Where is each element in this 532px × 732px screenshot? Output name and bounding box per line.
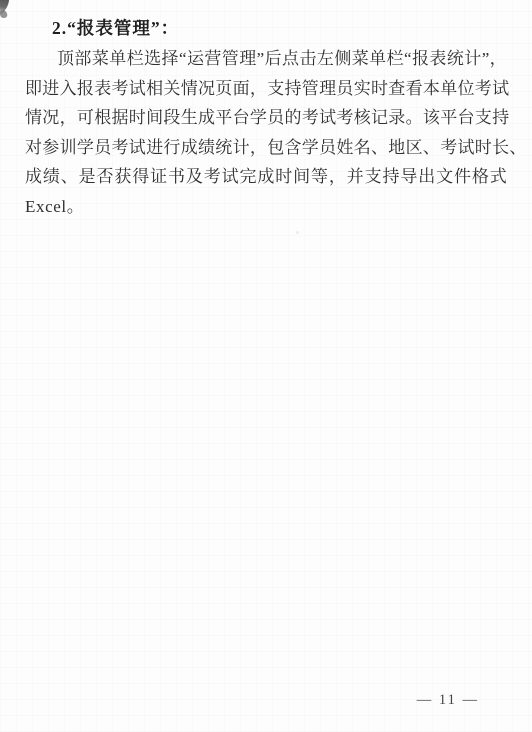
page-number: — 11 — [417, 691, 479, 709]
paragraph-line: Excel。 [25, 192, 507, 222]
section-heading: 2.“报表管理”： [25, 13, 507, 44]
paragraph-line: 即进入报表考试相关情况页面，支持管理员实时查看本单位考试 [25, 74, 507, 104]
scan-smudge-artifact-small [0, 9, 8, 19]
document-page: 2.“报表管理”： 顶部菜单栏选择“运营管理”后点击左侧菜单栏“报表统计”， 即… [0, 0, 532, 732]
paragraph-line: 成绩、是否获得证书及考试完成时间等，并支持导出文件格式 [25, 162, 507, 192]
document-body: 2.“报表管理”： 顶部菜单栏选择“运营管理”后点击左侧菜单栏“报表统计”， 即… [25, 0, 507, 222]
paragraph-line: 对参训学员考试进行成绩统计，包含学员姓名、地区、考试时长、 [25, 133, 507, 163]
paragraph-line: 情况，可根据时间段生成平台学员的考试考核记录。该平台支持 [25, 103, 507, 133]
scan-speck-artifact [296, 231, 299, 234]
paragraph-line: 顶部菜单栏选择“运营管理”后点击左侧菜单栏“报表统计”， [25, 44, 507, 74]
